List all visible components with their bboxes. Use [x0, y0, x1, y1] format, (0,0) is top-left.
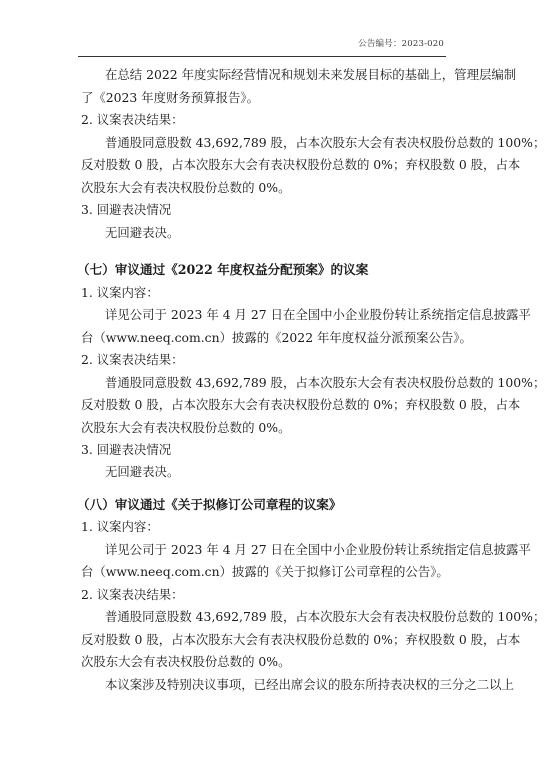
section-heading-8: （八）审议通过《关于拟修订公司章程的议案》: [77, 497, 459, 513]
subheading-content: 1. 议案内容：: [81, 285, 463, 301]
paragraph-line: 次股东大会有表决权股份总数的 0%。: [81, 654, 463, 670]
paragraph-line: 无回避表决。: [105, 225, 463, 241]
paragraph-line: 普通股同意股数 43,692,789 股，占本次股东大会有表决权股份总数的 10…: [105, 375, 463, 391]
paragraph-line: 反对股数 0 股，占本次股东大会有表决权股份总数的 0%；弃权股数 0 股，占本: [81, 632, 463, 648]
announcement-number: 公告编号：2023-020: [358, 37, 444, 49]
subheading-avoidance: 3. 回避表决情况: [81, 202, 463, 218]
header-divider: [78, 56, 446, 57]
paragraph-line: 次股东大会有表决权股份总数的 0%。: [81, 420, 463, 436]
paragraph-line: 详见公司于 2023 年 4 月 27 日在全国中小企业股份转让系统指定信息披露…: [105, 542, 463, 558]
paragraph-line: 本议案涉及特别决议事项，已经出席会议的股东所持表决权的三分之二以上: [105, 677, 463, 693]
paragraph-line: 详见公司于 2023 年 4 月 27 日在全国中小企业股份转让系统指定信息披露…: [105, 307, 463, 323]
paragraph-line: 台（www.neeq.com.cn）披露的《关于拟修订公司章程的公告》。: [81, 564, 463, 580]
paragraph-line: 无回避表决。: [105, 464, 463, 480]
paragraph-line: 了《2023 年度财务预算报告》。: [81, 90, 463, 106]
paragraph-line: 普通股同意股数 43,692,789 股，占本次股东大会有表决权股份总数的 10…: [105, 609, 463, 625]
paragraph-line: 反对股数 0 股，占本次股东大会有表决权股份总数的 0%；弃权股数 0 股，占本: [81, 157, 463, 173]
paragraph-line: 反对股数 0 股，占本次股东大会有表决权股份总数的 0%；弃权股数 0 股，占本: [81, 397, 463, 413]
paragraph-line: 普通股同意股数 43,692,789 股，占本次股东大会有表决权股份总数的 10…: [105, 135, 463, 151]
paragraph-line: 在总结 2022 年度实际经营情况和规划未来发展目标的基础上，管理层编制: [105, 67, 463, 83]
section-heading-7: （七）审议通过《2022 年度权益分配预案》的议案: [77, 262, 459, 278]
paragraph-line: 台（www.neeq.com.cn）披露的《2022 年年度权益分派预案公告》。: [81, 330, 463, 346]
subheading-vote-result: 2. 议案表决结果：: [81, 587, 463, 603]
subheading-avoidance: 3. 回避表决情况: [81, 442, 463, 458]
subheading-content: 1. 议案内容：: [81, 519, 463, 535]
subheading-vote-result: 2. 议案表决结果：: [81, 352, 463, 368]
subheading-vote-result: 2. 议案表决结果：: [81, 112, 463, 128]
paragraph-line: 次股东大会有表决权股份总数的 0%。: [81, 180, 463, 196]
document-page: 公告编号：2023-020 在总结 2022 年度实际经营情况和规划未来发展目标…: [0, 0, 545, 771]
